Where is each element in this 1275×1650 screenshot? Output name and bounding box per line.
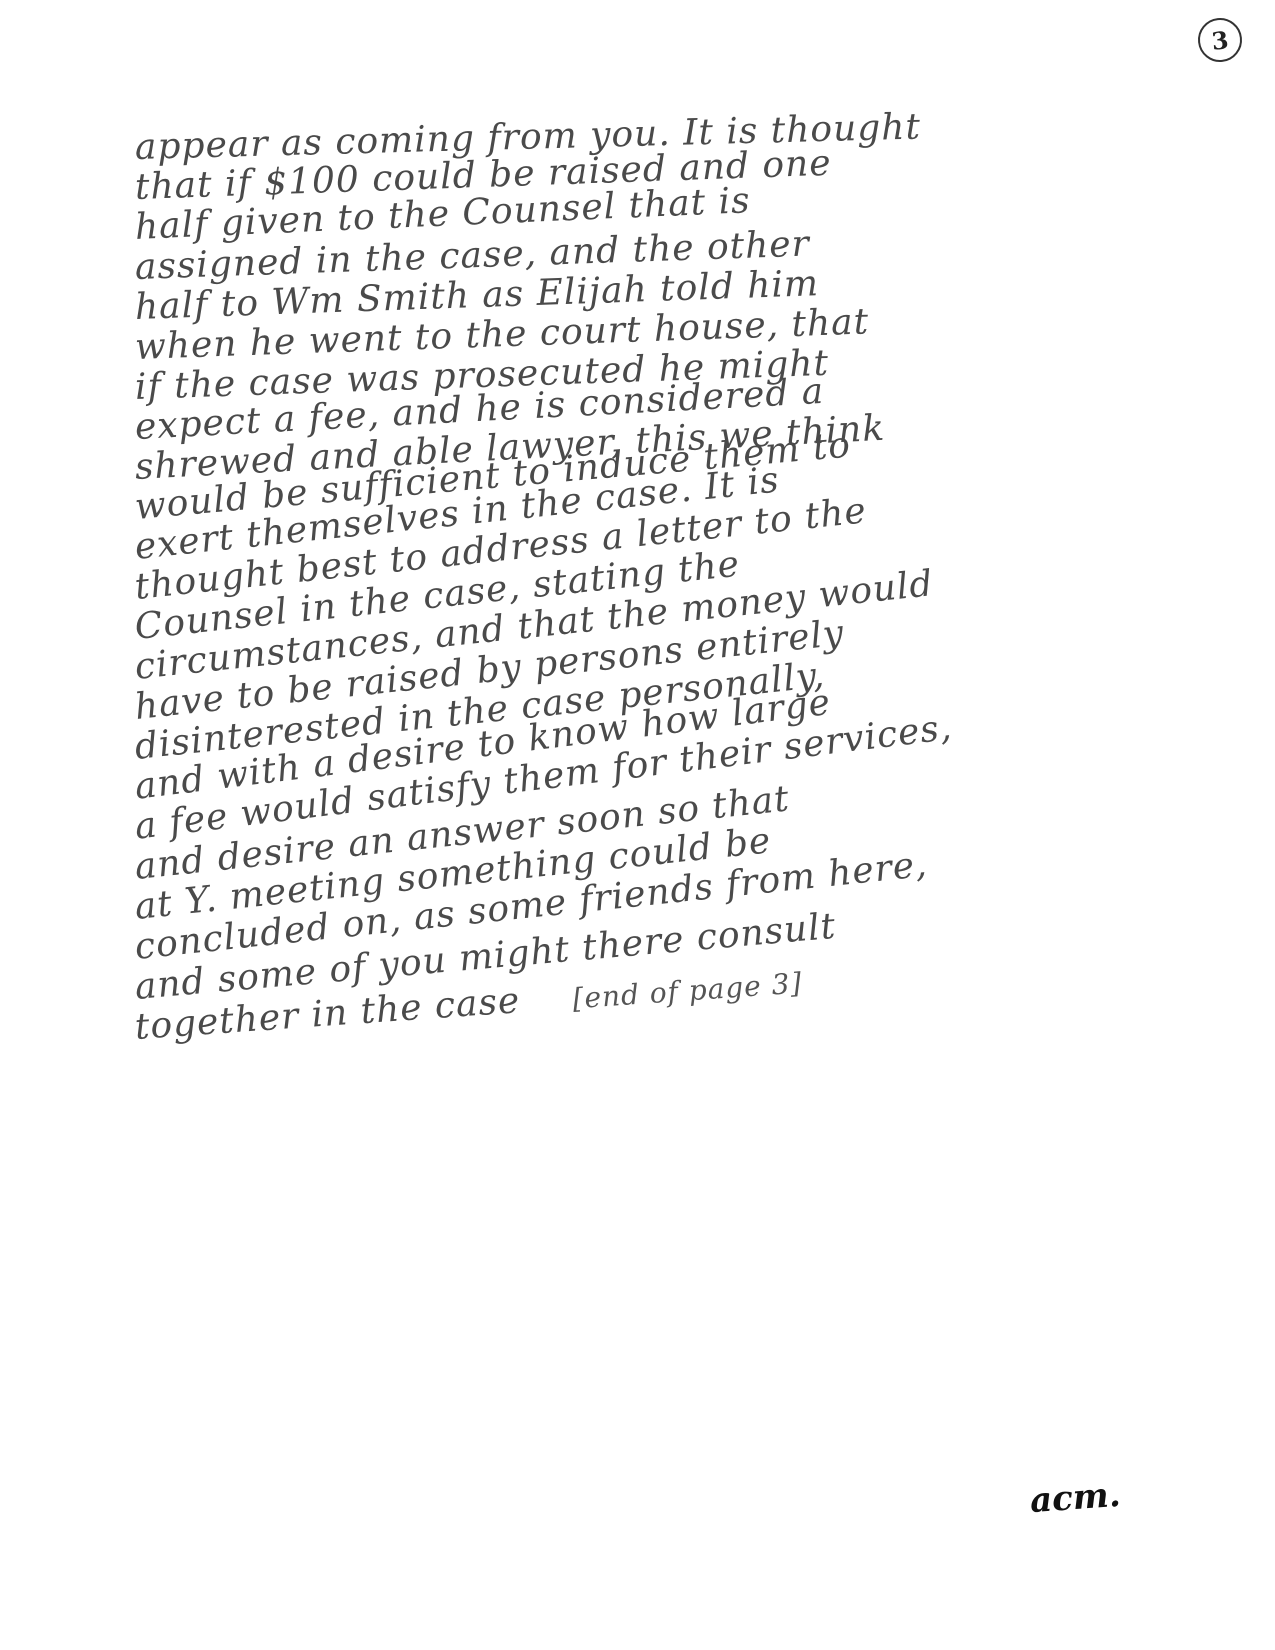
document-page: 3 appear as coming from you. It is thoug… bbox=[0, 0, 1275, 1650]
handwritten-letter-body: appear as coming from you. It is thought… bbox=[135, 128, 1195, 1048]
transcriber-initials: acm. bbox=[1029, 1475, 1122, 1521]
page-number-circle: 3 bbox=[1196, 16, 1244, 64]
editor-note: [end of page 3] bbox=[571, 966, 803, 1015]
page-number: 3 bbox=[1210, 25, 1230, 56]
